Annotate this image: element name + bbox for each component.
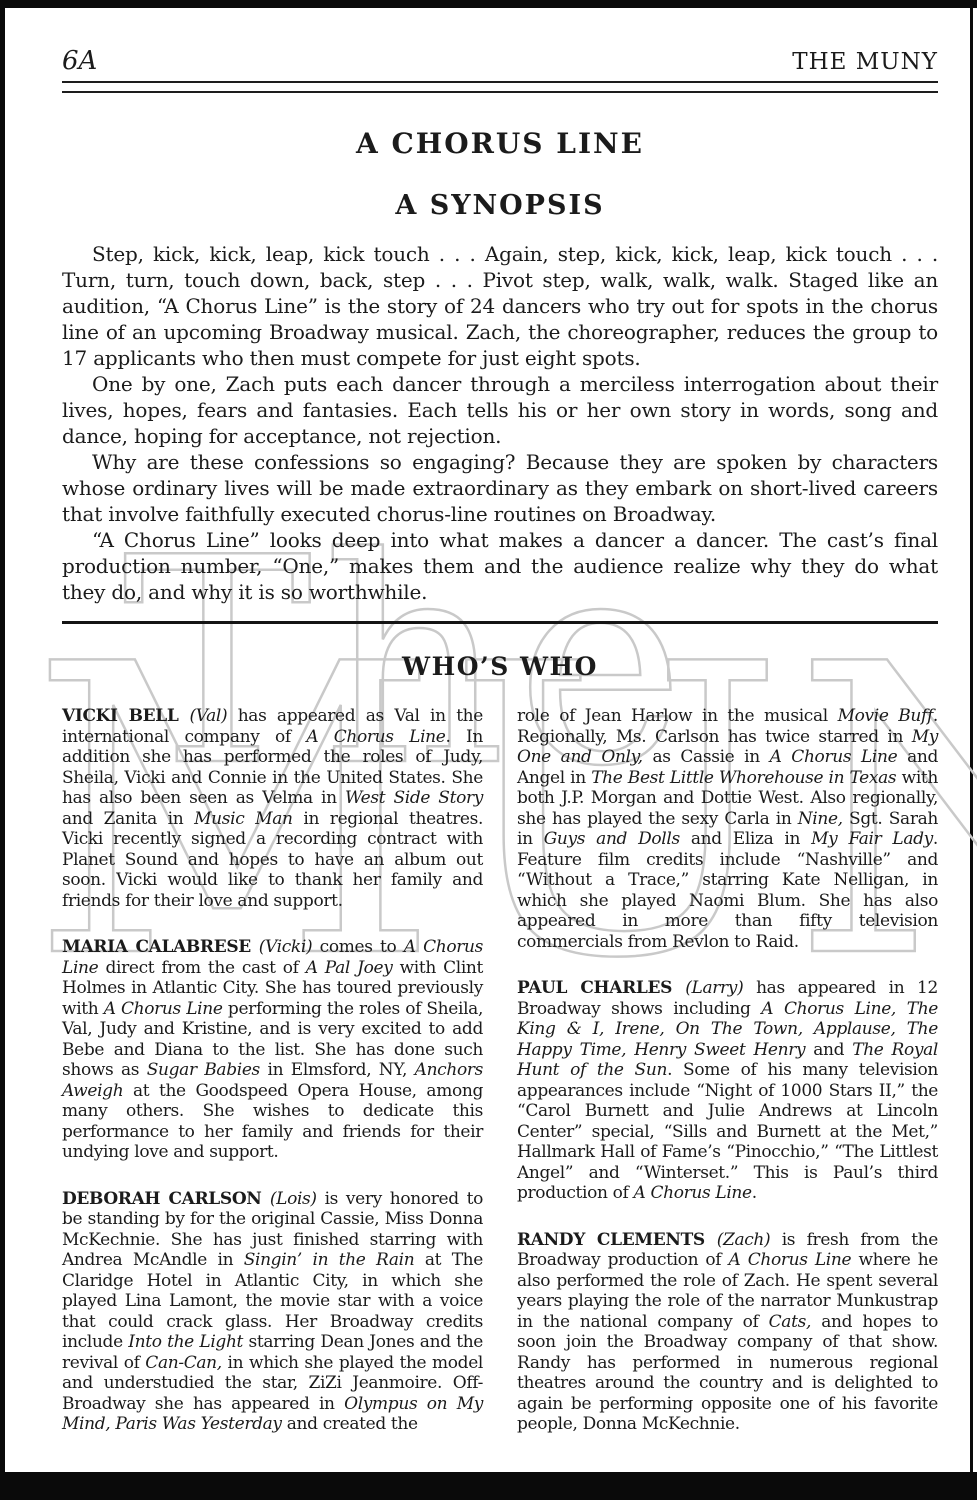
synopsis-paragraph: One by one, Zach puts each dancer throug… <box>62 371 938 449</box>
bio-maria-calabrese: MARIA CALABRESE (Vicki) comes to A Choru… <box>62 937 483 1163</box>
scan-border-bottom <box>0 1472 977 1500</box>
publication-title: THE MUNY <box>792 49 938 75</box>
synopsis-paragraph: “A Chorus Line” looks deep into what mak… <box>62 527 938 605</box>
synopsis-title: A SYNOPSIS <box>62 190 938 221</box>
whos-who-title: WHO’S WHO <box>62 652 938 681</box>
bio-paul-charles: PAUL CHARLES (Larry) has appeared in 12 … <box>517 978 938 1204</box>
bio-deborah-carlson: DEBORAH CARLSON (Lois) is very honored t… <box>62 1189 483 1435</box>
bio-randy-clements: RANDY CLEMENTS (Zach) is fresh from the … <box>517 1230 938 1435</box>
synopsis-paragraph: Step, kick, kick, leap, kick touch . . .… <box>62 241 938 371</box>
scan-border-right <box>970 0 973 1500</box>
running-header: 6A THE MUNY <box>62 0 938 76</box>
whos-who-left-column: VICKI BELL (Val) has appeared as Val in … <box>62 706 483 1435</box>
section-divider <box>62 621 938 624</box>
scan-border-left <box>0 0 5 1500</box>
show-title: A CHORUS LINE <box>62 127 938 160</box>
page-number: 6A <box>62 46 97 76</box>
bio-vicki-bell: VICKI BELL (Val) has appeared as Val in … <box>62 706 483 911</box>
program-page: The MUNY 6A THE MUNY A CHORUS LINE A SYN… <box>0 0 977 1500</box>
whos-who-right-column: role of Jean Harlow in the musical Movie… <box>517 706 938 1435</box>
synopsis-section: Step, kick, kick, leap, kick touch . . .… <box>62 241 938 605</box>
synopsis-paragraph: Why are these confessions so engaging? B… <box>62 449 938 527</box>
whos-who-section: VICKI BELL (Val) has appeared as Val in … <box>62 706 938 1435</box>
page-content: 6A THE MUNY A CHORUS LINE A SYNOPSIS Ste… <box>62 0 938 1435</box>
bio-carlson-continued: role of Jean Harlow in the musical Movie… <box>517 706 938 952</box>
header-rule <box>62 81 938 93</box>
